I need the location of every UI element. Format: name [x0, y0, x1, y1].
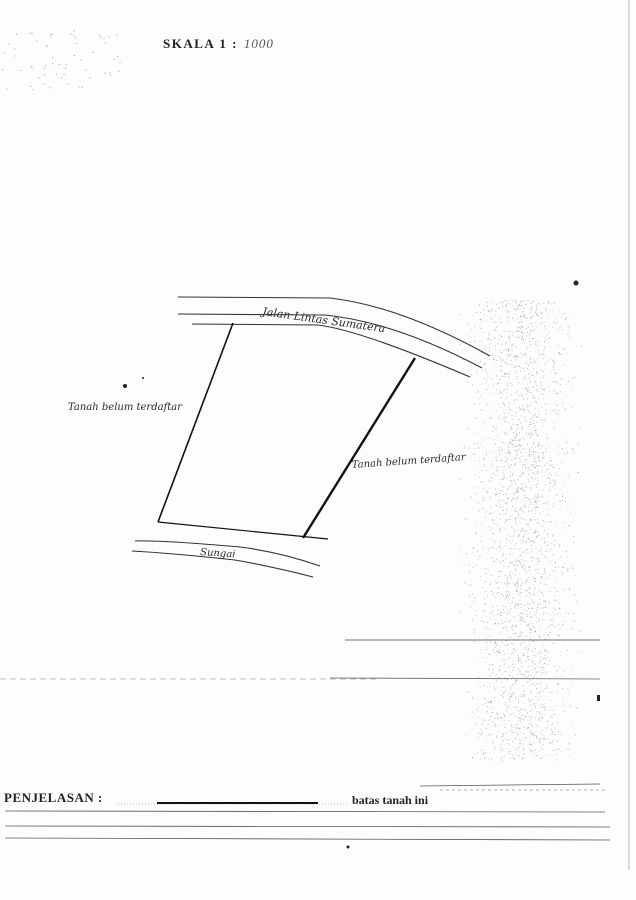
parcel-sketch: Jalan Lintas Sumatera Sungai Tanah belum… — [0, 0, 636, 900]
scan-noise — [2, 31, 585, 761]
legend-entry-description: batas tanah ini — [352, 793, 428, 808]
west-neighbor-label: Tanah belum terdaftar — [68, 402, 183, 413]
east-neighbor-label: Tanah belum terdaftar — [351, 452, 467, 471]
form-lines — [0, 640, 610, 840]
river-label: Sungai — [200, 547, 236, 560]
road — [178, 297, 490, 377]
road-label: Jalan Lintas Sumatera — [260, 305, 387, 335]
page-edge — [628, 0, 630, 870]
document-page: SKALA 1 :1000 Jalan Lintas Sumatera Sung… — [0, 0, 636, 900]
parcel-boundary — [158, 323, 415, 539]
legend-title: PENJELASAN : — [4, 790, 103, 806]
legend-line-symbol — [118, 803, 348, 804]
